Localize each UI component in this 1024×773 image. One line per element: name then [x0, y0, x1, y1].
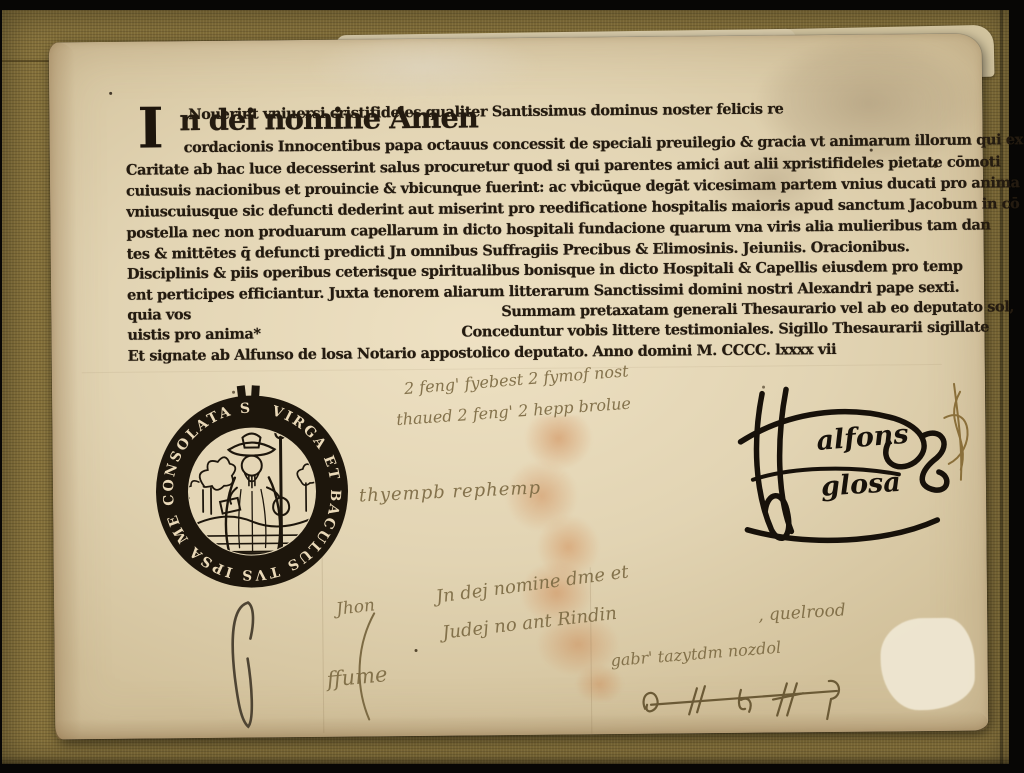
blank-name-lead2: uistis pro anima*: [127, 324, 260, 345]
text-line-11-right: Conceduntur vobis littere testimoniales.…: [461, 317, 989, 342]
pen-flourish: [350, 611, 381, 723]
torn-patch: [880, 618, 975, 711]
ink-specks: [109, 92, 112, 95]
signature-word-1: alfons: [815, 419, 909, 457]
edge-shading-left: [49, 42, 82, 739]
cloth-edge-shadow-bottom: [2, 756, 1009, 764]
signature-word-2: glosa: [820, 467, 902, 503]
text-line-1-rest: Nouerint vniuersi cristifideles qualiter…: [188, 99, 783, 125]
notarial-marks: [635, 677, 847, 729]
photo-frame: I n dei nomine AmenNouerint vniuersi cri…: [0, 0, 1024, 773]
printed-text-block: I n dei nomine AmenNouerint vniuersi cri…: [123, 98, 960, 406]
cloth-edge-shadow: [1000, 10, 1003, 764]
woodcut-seal: VIRGA ET BACULUS TVS IPSA ME CONSOLATA S…: [148, 385, 356, 595]
ink-annotation: , quelrood: [758, 600, 847, 625]
document-sheet: I n dei nomine AmenNouerint vniuersi cri…: [49, 34, 989, 740]
notary-signature: alfons glosa: [728, 378, 984, 556]
paraph-mark: [222, 596, 261, 736]
blank-name-lead: quia vos: [127, 305, 191, 326]
brown-flourish: [944, 384, 968, 480]
